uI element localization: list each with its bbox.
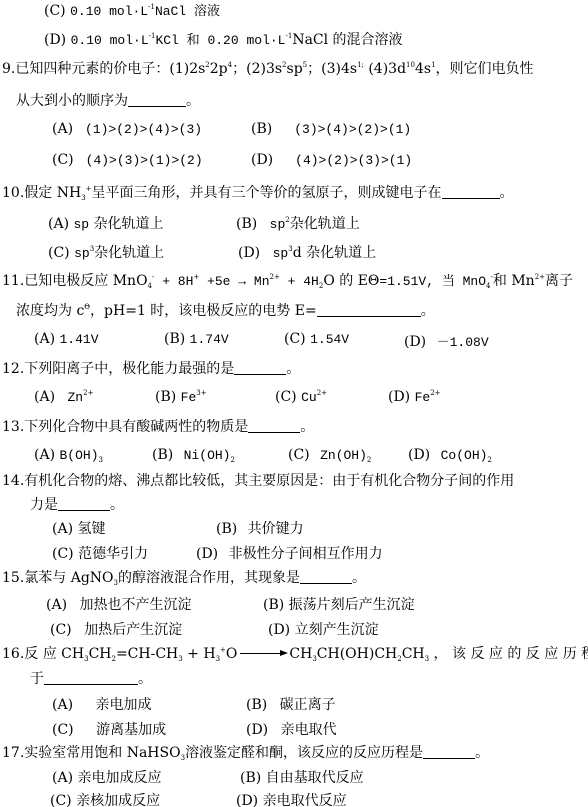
q14-option-b[interactable]: (B) 共价键力	[216, 518, 304, 538]
option-label: (D)	[236, 793, 258, 807]
stem-text: CH	[289, 646, 312, 662]
stem-text: CH(OH)CH	[317, 646, 397, 662]
q10-stem: 10.假定 NH3+呈平面三角形，并具有三个等价的氢原子，则成键电子在。	[2, 184, 514, 202]
answer-blank[interactable]	[234, 360, 286, 375]
option-label: (C)	[44, 3, 66, 19]
stem-text: 。	[300, 419, 314, 435]
stem-text: 下列化合物中具有酸碱两性的物质是	[24, 419, 248, 435]
q9-stem-line2: 从大到小的顺序为。	[16, 92, 200, 110]
q8-option-c: (C) 0.10 mol·L-1NaCl 溶液	[44, 2, 220, 21]
option-text: 杂化轨道上	[89, 216, 163, 232]
option-label: (B)	[236, 216, 257, 232]
q16-option-b[interactable]: (B) 碳正离子	[246, 694, 336, 714]
q17-option-c[interactable]: (C) 亲核加成反应	[50, 790, 160, 807]
q13-option-b[interactable]: (B) Ni(OH)2	[152, 447, 235, 463]
subscript: 2	[487, 456, 491, 464]
question-number: 11.	[2, 273, 24, 289]
question-number: 15.	[2, 570, 24, 586]
option-text: Fe	[181, 390, 197, 405]
superscript: 2+	[83, 389, 93, 397]
option-text: Zn	[68, 390, 84, 405]
option-text: －1.08V	[437, 335, 489, 350]
option-text: KCl 和 0.20 mol·L	[155, 33, 285, 48]
stem-text: ，则它们电负性	[436, 61, 534, 77]
stem-text: 。	[186, 93, 200, 109]
option-text: 1.41V	[60, 332, 99, 347]
option-label: (D)	[251, 152, 273, 168]
stem-text: 浓度均为 c	[16, 303, 84, 319]
reaction-arrow-icon	[240, 653, 286, 654]
stem-text: ， 该 反 应 的 反 应 历 程 属	[429, 646, 588, 662]
subscript: 3	[81, 194, 85, 202]
q9-option-c[interactable]: (C)(4)>(3)>(1)>(2)	[52, 152, 203, 168]
q11-option-c[interactable]: (C) 1.54V	[284, 331, 349, 347]
option-label: (C)	[275, 389, 297, 405]
q11-stem-line2: 浓度均为 cΘ，pH=1 时，该电极反应的电势 E=。	[16, 302, 435, 320]
q12-option-c[interactable]: (C) Cu2+	[275, 389, 327, 405]
q12-option-d[interactable]: (D) Fe2+	[388, 389, 441, 405]
option-text: sp	[270, 217, 286, 232]
q9-stem-line1: 9.已知四种元素的价电子：(1)2s22p4；(2)3s2sp5；(3)4s1;…	[2, 60, 534, 78]
q14-option-a[interactable]: (A) 氢键	[52, 518, 106, 538]
question-number: 10.	[2, 185, 24, 201]
stem-text: 。	[286, 361, 300, 377]
q16-stem-line1: 16.反 应 CH3CH2=CH-CH3 + H3+OCH3CH(OH)CH2C…	[2, 645, 588, 663]
q15-option-a[interactable]: (A) 加热也不产生沉淀	[46, 594, 192, 614]
q16-option-d[interactable]: (D) 亲电取代	[246, 719, 337, 739]
option-text: 氢键	[78, 521, 106, 537]
stem-text: 已知电极反应 MnO	[24, 273, 147, 289]
option-label: (B)	[240, 770, 261, 786]
option-text: (3)>(4)>(2)>(1)	[294, 122, 411, 137]
subscript: 2	[367, 456, 371, 464]
stem-text: 。	[138, 671, 152, 687]
stem-text: 4s	[415, 61, 431, 77]
option-label: (D)	[44, 32, 66, 48]
option-text: 振荡片刻后产生沉淀	[289, 597, 415, 613]
stem-text: ；(3)4s	[307, 61, 357, 77]
subscript: 2	[230, 456, 234, 464]
option-text: NaCl 的混合溶液	[292, 32, 402, 48]
option-label: (A)	[34, 389, 55, 405]
option-label: (A)	[48, 216, 69, 232]
option-text: Cu	[301, 390, 317, 405]
superscript: 1;	[357, 61, 364, 69]
option-text: sp	[74, 246, 90, 261]
option-text: 加热也不产生沉淀	[80, 597, 192, 613]
stem-text: 已知四种元素的价电子：(1)2s	[15, 61, 205, 77]
answer-blank[interactable]	[248, 418, 300, 433]
option-text: (4)>(2)>(3)>(1)	[295, 153, 412, 168]
option-label: (D)	[246, 722, 268, 738]
option-text: 杂化轨道上	[94, 245, 164, 261]
q14-option-c[interactable]: (C) 范德华引力	[52, 543, 148, 563]
option-label: (B)	[246, 697, 267, 713]
stem-text: 。	[475, 745, 489, 761]
option-text: Fe	[415, 390, 431, 405]
option-label: (A)	[46, 597, 67, 613]
option-text: 加热后产生沉淀	[84, 622, 182, 638]
q11-option-d[interactable]: (D) －1.08V	[404, 331, 489, 350]
q9-option-d[interactable]: (D)(4)>(2)>(3)>(1)	[251, 152, 412, 168]
stem-text: 。	[421, 303, 435, 319]
stem-text: =1.51V, 当 MnO	[379, 274, 486, 289]
option-text: 立刻产生沉淀	[295, 622, 379, 638]
q14-option-d[interactable]: (D) 非极性分子间相互作用力	[196, 543, 383, 563]
q10-option-c[interactable]: (C) sp3杂化轨道上	[48, 242, 164, 262]
q16-option-a[interactable]: (A) 亲电加成	[52, 694, 152, 714]
q15-option-d[interactable]: (D) 立刻产生沉淀	[268, 619, 379, 639]
stem-text: O	[226, 646, 237, 662]
option-text: (4)>(3)>(1)>(2)	[86, 153, 203, 168]
option-label: (D)	[268, 622, 290, 638]
option-text: Ni(OH)	[184, 448, 231, 463]
option-text: sp	[74, 217, 90, 232]
option-label: (C)	[52, 546, 74, 562]
q11-option-a[interactable]: (A) 1.41V	[34, 331, 99, 347]
option-label: (C)	[50, 793, 72, 807]
option-label: (A)	[34, 447, 55, 463]
subscript: 3	[99, 456, 103, 464]
standard-state-symbol: Θ	[368, 273, 379, 289]
q14-stem-line1: 14.有机化合物的熔、沸点都比较低，其主要原因是：由于有机化合物分子间的作用	[2, 472, 514, 490]
q17-option-b[interactable]: (B) 自由基取代反应	[240, 767, 364, 787]
q13-option-d[interactable]: (D) Co(OH)2	[408, 447, 492, 463]
stem-text: 假定 NH	[24, 185, 81, 201]
q9-option-a[interactable]: (A)(1)>(2)>(4)>(3)	[52, 121, 202, 137]
option-label: (D)	[238, 245, 260, 261]
stem-text: 离子	[545, 273, 573, 289]
stem-text: 。	[110, 497, 124, 513]
option-label: (A)	[34, 331, 55, 347]
option-label: (D)	[196, 546, 218, 562]
option-text: 1.54V	[310, 332, 349, 347]
q12-stem: 12.下列阳离子中，极化能力最强的是。	[2, 360, 300, 378]
answer-blank[interactable]	[300, 569, 352, 584]
stem-text: + H	[183, 646, 216, 662]
option-text: 亲电加成反应	[78, 770, 162, 786]
option-label: (C)	[52, 152, 74, 168]
stem-text: =CH-CH	[116, 646, 178, 662]
stem-text: + 4H	[280, 274, 319, 289]
stem-text: + 8H	[154, 274, 193, 289]
question-number: 14.	[2, 473, 24, 489]
option-label: (D)	[404, 334, 426, 350]
q17-option-d[interactable]: (D) 亲电取代反应	[236, 790, 347, 807]
option-text: sp	[273, 246, 289, 261]
stem-text: 和 Mn	[493, 273, 535, 289]
option-text: Co(OH)	[441, 448, 488, 463]
q10-option-a[interactable]: (A) sp 杂化轨道上	[48, 213, 164, 233]
q15-option-c[interactable]: (C) 加热后产生沉淀	[50, 619, 182, 639]
option-label: (B)	[152, 447, 173, 463]
option-text: d 杂化轨道上	[293, 245, 376, 261]
option-label: (A)	[52, 521, 73, 537]
q13-option-a[interactable]: (A) B(OH)3	[34, 447, 103, 463]
stem-text: 于	[30, 671, 44, 687]
superscript: 2+	[317, 389, 327, 397]
subscript: 4	[486, 282, 490, 290]
subscript: 3	[216, 655, 220, 663]
option-text: 1.74V	[190, 332, 229, 347]
option-label: (B)	[155, 389, 176, 405]
answer-blank[interactable]	[442, 184, 500, 199]
stem-text: 力是	[30, 497, 58, 513]
answer-blank[interactable]	[317, 302, 421, 317]
option-label: (B)	[164, 331, 185, 347]
option-text: 游离基加成	[96, 722, 166, 738]
superscript: 10	[406, 61, 415, 69]
superscript: 3+	[196, 389, 206, 397]
stem-text: 从大到小的顺序为	[16, 93, 128, 109]
stem-text: 的醇溶液混合作用，其现象是	[118, 570, 300, 586]
superscript: 2+	[430, 389, 440, 397]
option-label: (B)	[216, 521, 237, 537]
q14-stem-line2: 力是。	[30, 496, 124, 514]
q17-option-a[interactable]: (A) 亲电加成反应	[52, 767, 162, 787]
q13-option-c[interactable]: (C) Zn(OH)2	[288, 447, 371, 463]
option-text: 亲电取代反应	[263, 793, 347, 807]
superscript: 2+	[270, 273, 280, 281]
option-text: 杂化轨道上	[290, 216, 360, 232]
q16-option-c[interactable]: (C) 游离基加成	[52, 719, 166, 739]
question-number: 17.	[2, 745, 24, 761]
superscript: 2+	[535, 273, 545, 281]
question-number: 13.	[2, 419, 24, 435]
option-text: 自由基取代反应	[266, 770, 364, 786]
option-label: (D)	[388, 389, 410, 405]
stem-text: CH	[89, 646, 112, 662]
stem-text: +5e → Mn	[199, 274, 269, 289]
option-text: 0.10 mol·L	[70, 4, 148, 19]
q12-option-b[interactable]: (B) Fe3+	[155, 389, 207, 405]
option-text: 亲电加成	[96, 697, 152, 713]
answer-blank[interactable]	[128, 92, 186, 107]
superscript: -1	[148, 3, 155, 11]
q11-stem-line1: 11.已知电极反应 MnO4- + 8H+ +5e → Mn2+ + 4H2O …	[2, 272, 573, 291]
stem-text: 。	[500, 185, 514, 201]
subscript: 4	[148, 282, 152, 290]
q13-stem: 13.下列化合物中具有酸碱两性的物质是。	[2, 418, 314, 436]
option-label: (C)	[52, 722, 74, 738]
stem-text: sp	[287, 61, 303, 77]
answer-blank[interactable]	[423, 744, 475, 759]
option-text: NaCl 溶液	[155, 4, 220, 19]
q15-option-b[interactable]: (B) 振荡片刻后产生沉淀	[263, 594, 415, 614]
stem-text: 下列阳离子中，极化能力最强的是	[24, 361, 234, 377]
stem-text: 氯苯与 AgNO	[24, 570, 113, 586]
stem-text: 2p	[210, 61, 228, 77]
option-label: (B)	[263, 597, 284, 613]
option-label: (A)	[52, 121, 73, 137]
option-label: (C)	[50, 622, 72, 638]
option-text: 亲电取代	[281, 722, 337, 738]
q10-option-d[interactable]: (D) sp3d 杂化轨道上	[238, 242, 376, 262]
stem-text: (4)3d	[364, 61, 406, 77]
q9-option-b[interactable]: (B)(3)>(4)>(2)>(1)	[251, 121, 411, 137]
q12-option-a[interactable]: (A) Zn2+	[34, 389, 93, 405]
stem-text: 呈平面三角形，并具有三个等价的氢原子，则成键电子在	[92, 185, 442, 201]
question-number: 12.	[2, 361, 24, 377]
option-label: (C)	[284, 331, 306, 347]
option-label: (A)	[52, 770, 73, 786]
stem-text: O 的 E	[323, 273, 368, 289]
option-text: (1)>(2)>(4)>(3)	[85, 122, 202, 137]
option-text: Zn(OH)	[320, 448, 367, 463]
stem-text: 溶液鉴定醛和酮，该反应的反应历程是	[185, 745, 423, 761]
answer-blank[interactable]	[44, 670, 138, 685]
option-text: 非极性分子间相互作用力	[229, 546, 383, 562]
option-label: (C)	[48, 245, 70, 261]
q15-stem: 15.氯苯与 AgNO3的醇溶液混合作用，其现象是。	[2, 569, 366, 587]
option-label: (B)	[251, 121, 272, 137]
q8-option-d: (D) 0.10 mol·L-1KCl 和 0.20 mol·L-1NaCl 的…	[44, 31, 403, 50]
option-text: 范德华引力	[78, 546, 148, 562]
q10-option-b[interactable]: (B) sp2杂化轨道上	[236, 213, 360, 233]
option-text: 0.10 mol·L	[71, 33, 149, 48]
answer-blank[interactable]	[58, 496, 110, 511]
stem-text: ，pH=1 时，该电极反应的电势 E=	[90, 303, 317, 319]
option-label: (A)	[52, 697, 73, 713]
stem-text: 实验室常用饱和 NaHSO	[24, 745, 180, 761]
question-number: 16.	[2, 646, 24, 662]
stem-text: 。	[352, 570, 366, 586]
stem-text: 反 应 CH	[24, 646, 84, 662]
option-text: B(OH)	[60, 448, 99, 463]
option-label: (C)	[288, 447, 310, 463]
q17-stem: 17.实验室常用饱和 NaHSO3溶液鉴定醛和酮，该反应的反应历程是。	[2, 744, 489, 762]
option-text: 共价键力	[248, 521, 304, 537]
option-text: 碳正离子	[280, 697, 336, 713]
option-text: 亲核加成反应	[76, 793, 160, 807]
stem-text: ；(2)3s	[232, 61, 282, 77]
question-number: 9.	[2, 61, 15, 77]
q16-stem-line2: 于。	[30, 670, 152, 688]
q11-option-b[interactable]: (B) 1.74V	[164, 331, 229, 347]
option-label: (D)	[408, 447, 430, 463]
stem-text: 有机化合物的熔、沸点都比较低，其主要原因是：由于有机化合物分子间的作用	[24, 473, 514, 489]
stem-text: CH	[402, 646, 425, 662]
